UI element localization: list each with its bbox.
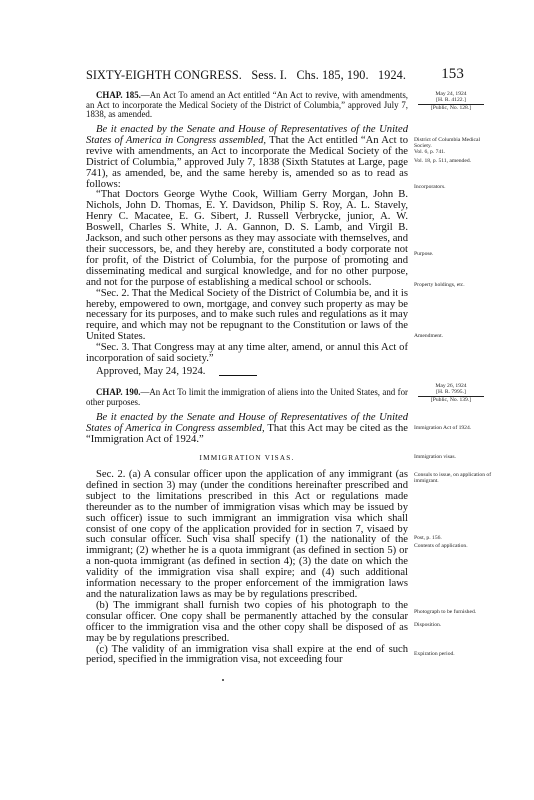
- margin-note-short-title: Immigration Act of 1924.: [414, 425, 496, 431]
- statute-page: SIXTY-EIGHTH CONGRESS. Sess. I. Chs. 185…: [0, 0, 534, 800]
- margin-note-photograph: Photograph to be furnished.: [414, 609, 496, 615]
- print-speck: [222, 679, 224, 681]
- margin-note-post: Post, p. 156.: [414, 535, 496, 541]
- chap-185-public-no: [Public, No. 128.]: [418, 105, 484, 111]
- chap-190-title: CHAP. 190.—An Act To limit the immigrati…: [86, 388, 408, 407]
- margin-note-consuls: Consuls to issue, on application of immi…: [414, 472, 496, 484]
- paragraph-sec-3: “Sec. 3. That Congress may at any time a…: [86, 343, 408, 365]
- section-heading-visas: IMMIGRATION VISAS.: [86, 454, 408, 462]
- paragraph-incorporators: “That Doctors George Wythe Cook, William…: [86, 190, 408, 288]
- chap-190-side-header: May 26, 1924 [H. R. 7995.] [Public, No. …: [418, 383, 484, 403]
- enacting-clause-190: Be it enacted by the Senate and House of…: [86, 413, 408, 446]
- chap-190-label: CHAP. 190.: [96, 387, 141, 397]
- chap-185-side-header: May 24, 1924 [H. R. 4122.] [Public, No. …: [418, 91, 484, 111]
- page-number: 153: [441, 66, 464, 83]
- margin-note-disposition: Disposition.: [414, 622, 496, 628]
- margin-note-amendment: Amendment.: [414, 333, 496, 339]
- chap-190-public-no: [Public, No. 139.]: [418, 397, 484, 403]
- margin-note-incorporators: Incorporators.: [414, 184, 496, 190]
- running-head: SIXTY-EIGHTH CONGRESS. Sess. I. Chs. 185…: [86, 68, 464, 84]
- paragraph-sec-2c: (c) The validity of an immigration visa …: [86, 645, 408, 667]
- enacting-clause-185: Be it enacted by the Senate and House of…: [86, 125, 408, 190]
- chap-190-enacting: Be it enacted by the Senate and House of…: [86, 413, 408, 446]
- paragraph-sec-2: “Sec. 2. That the Medical Society of the…: [86, 289, 408, 344]
- margin-note-vol6: Vol. 6, p. 741.: [414, 149, 496, 155]
- chap-190-bill: [H. R. 7995.]: [418, 389, 484, 395]
- margin-note-expiration: Expiration period.: [414, 651, 496, 657]
- paragraph-sec-2a: Sec. 2. (a) A consular officer upon the …: [86, 470, 408, 601]
- chap-185-body: Be it enacted by the Senate and House of…: [86, 125, 408, 378]
- section-divider: [219, 375, 257, 376]
- margin-note-dc-medical: District of Columbia Medical Society.: [414, 137, 496, 149]
- approved-line: Approved, May 24, 1924.: [86, 367, 408, 378]
- paragraph-sec-2b: (b) The immigrant shall furnish two copi…: [86, 601, 408, 645]
- running-head-title: SIXTY-EIGHTH CONGRESS. Sess. I. Chs. 185…: [86, 68, 406, 83]
- margin-note-vol18: Vol. 18, p. 511, amended.: [414, 158, 496, 164]
- margin-note-contents: Contents of application.: [414, 543, 496, 549]
- margin-note-visas: Immigration visas.: [414, 454, 496, 460]
- chap-185-label: CHAP. 185.: [96, 90, 141, 100]
- chap-185-bill: [H. R. 4122.]: [418, 97, 484, 103]
- margin-note-property: Property holdings, etc.: [414, 282, 496, 288]
- margin-note-purpose: Purpose.: [414, 251, 496, 257]
- chap-190-body: Sec. 2. (a) A consular officer upon the …: [86, 470, 408, 666]
- chap-185-title: CHAP. 185.—An Act To amend an Act entitl…: [86, 91, 408, 120]
